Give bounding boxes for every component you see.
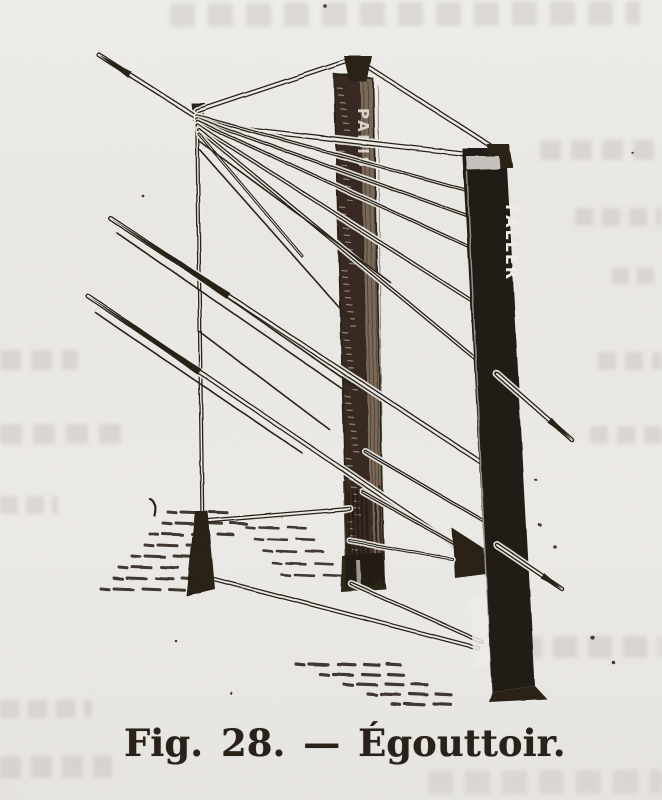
egouttoir-engraving: PARIS FALLER xyxy=(0,0,662,800)
paper-grain xyxy=(0,0,662,800)
book-page-scan: PARIS FALLER Fig. 28. — Égouttoir. xyxy=(0,0,662,800)
post-label-faller: FALLER xyxy=(502,204,521,281)
figure-caption: Fig. 28. — Égouttoir. xyxy=(124,724,566,763)
